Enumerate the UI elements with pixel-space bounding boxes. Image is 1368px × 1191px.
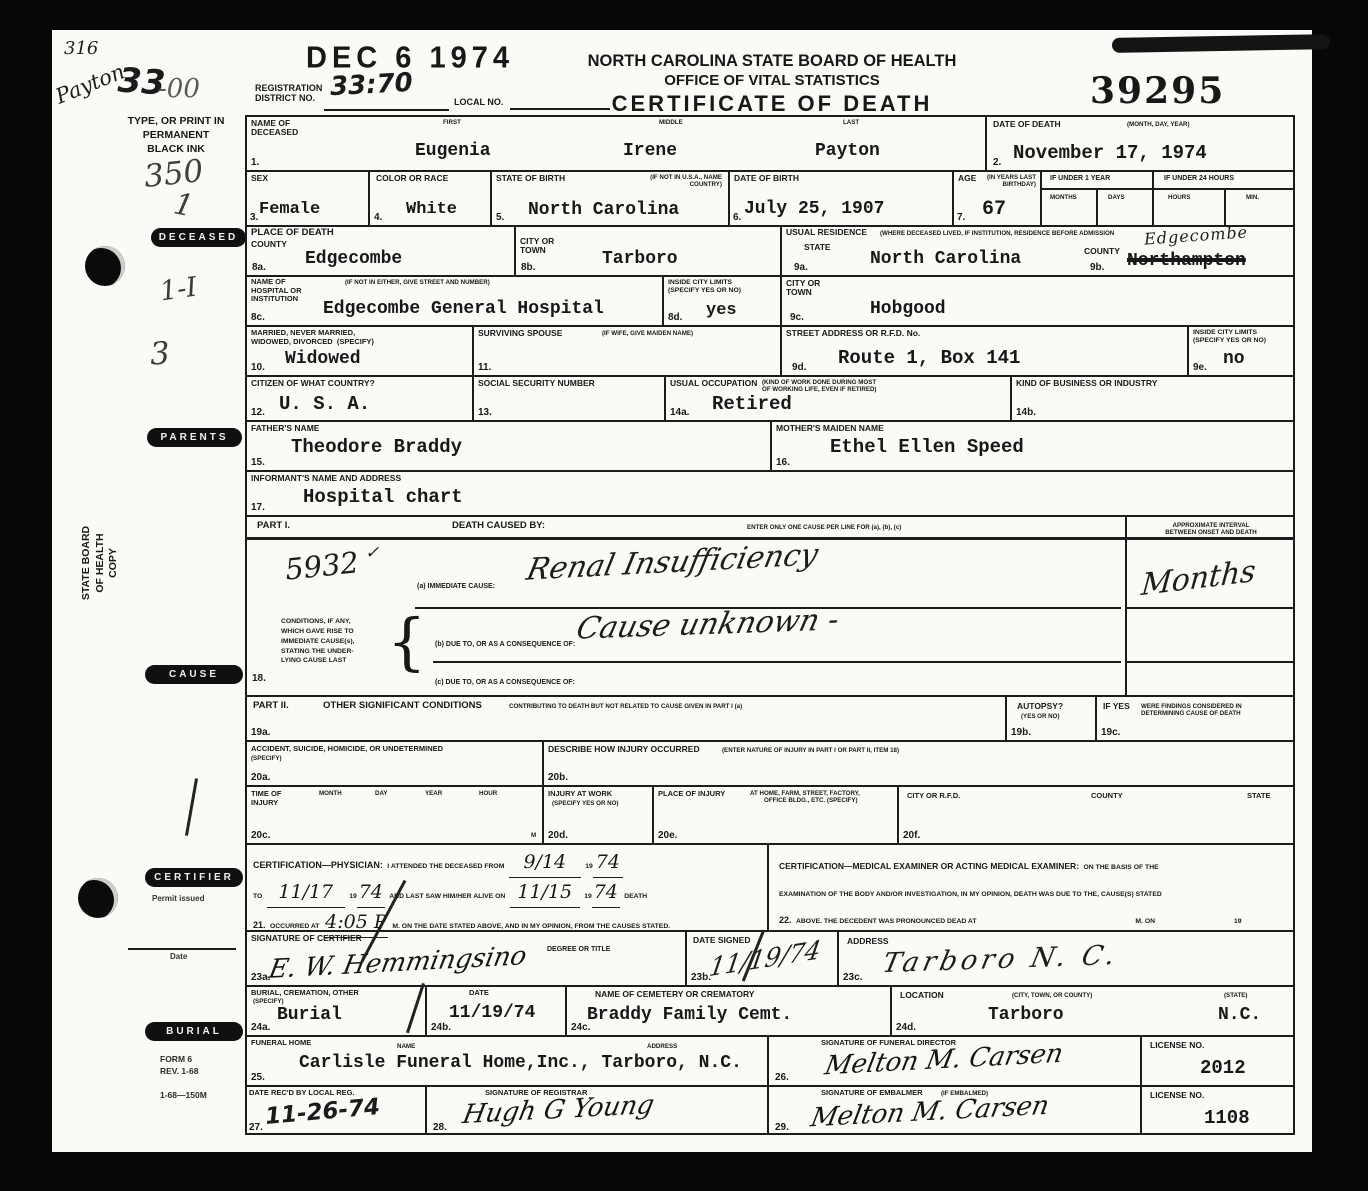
- date-signed-label: DATE SIGNED: [693, 936, 750, 945]
- injury-city-label: CITY OR R.F.D.: [907, 792, 960, 801]
- dob-value: July 25, 1907: [744, 199, 884, 219]
- dod-value: November 17, 1974: [1013, 142, 1207, 164]
- field-time-of-injury: TIME OFINJURY MONTH DAY YEAR HOUR 20c. M: [245, 785, 542, 843]
- age-label: AGE: [958, 174, 976, 183]
- industry-label: KIND OF BUSINESS OR INDUSTRY: [1016, 379, 1157, 388]
- registration-district-value: 33:70: [329, 68, 413, 102]
- field-age: AGE (IN YEARS LASTBIRTHDAY) 7. 67: [952, 170, 1040, 225]
- print-instruction: TYPE, OR PRINT IN PERMANENT BLACK INK: [120, 114, 232, 157]
- field-occupation: USUAL OCCUPATION (KIND OF WORK DONE DURI…: [664, 375, 1010, 420]
- injury-county-label: COUNTY: [1091, 792, 1123, 801]
- registration-label-line2: DISTRICT NO.: [255, 93, 315, 103]
- injury-desc-label: DESCRIBE HOW INJURY OCCURRED: [548, 745, 700, 754]
- time-day-label: DAY: [375, 790, 388, 797]
- punch-hole-bottom: [78, 878, 118, 918]
- punch-hole-top: [85, 246, 125, 286]
- hospital-value: Edgecombe General Hospital: [323, 299, 604, 319]
- injury-work-sublabel: (SPECIFY YES OR NO): [552, 800, 618, 807]
- field20e-number: 20e.: [658, 830, 677, 841]
- section-part2: PART II. OTHER SIGNIFICANT CONDITIONS CO…: [245, 695, 1005, 740]
- field6-number: 6.: [733, 212, 741, 223]
- print-instruction-line2: PERMANENT: [143, 129, 210, 141]
- sex-value: Female: [259, 200, 320, 219]
- under24-min-label: MIN.: [1246, 194, 1259, 201]
- registration-district-label: REGISTRATIONDISTRICT NO.: [255, 84, 322, 104]
- burial-label: BURIAL, CREMATION, OTHER: [251, 989, 359, 998]
- part1-note: ENTER ONLY ONE CAUSE PER LINE FOR (a), (…: [747, 524, 901, 531]
- sig-certifier-label: SIGNATURE OF CERTIFIER: [251, 934, 362, 943]
- res-state-label: STATE: [804, 243, 831, 252]
- first-sublabel: FIRST: [443, 119, 461, 126]
- field-date-of-birth: DATE OF BIRTH 6. July 25, 1907: [728, 170, 952, 225]
- header-title-block: NORTH CAROLINA STATE BOARD OF HEALTH OFF…: [522, 52, 1022, 117]
- name-label-2: DECEASED: [251, 127, 298, 137]
- field9b-number: 9b.: [1090, 262, 1104, 273]
- field-inside-city-limits-residence: INSIDE CITY LIMITS(SPECIFY YES OR NO) 9e…: [1187, 325, 1295, 375]
- occupation-label: USUAL OCCUPATION: [670, 379, 757, 388]
- field14a-number: 14a.: [670, 407, 689, 418]
- form-number: FORM 6: [160, 1054, 192, 1064]
- cert-last-alive: 11/15: [517, 881, 572, 903]
- under1-days-label: DAYS: [1108, 194, 1125, 201]
- res-city-value: Hobgood: [870, 299, 946, 319]
- spouse-label: SURVIVING SPOUSE: [478, 329, 562, 338]
- field11-number: 11.: [478, 362, 491, 373]
- tab-deceased: DECEASED: [151, 228, 246, 247]
- spouse-sublabel: (IF WIFE, GIVE MAIDEN NAME): [602, 330, 693, 337]
- field-place-of-death-city: CITY ORTOWN 8b. Tarboro: [514, 225, 780, 275]
- res-county-label: COUNTY: [1084, 247, 1120, 256]
- race-label: COLOR OR RACE: [376, 174, 448, 183]
- cert-t6: M. ON THE DATE STATED ABOVE, AND IN MY O…: [392, 923, 670, 930]
- street-value: Route 1, Box 141: [838, 347, 1020, 369]
- pod-county-value: Edgecombe: [305, 249, 402, 269]
- margin-note-payton: Payton: [52, 59, 128, 108]
- middle-sublabel: MIDDLE: [659, 119, 683, 126]
- copy-designation: STATE BOARD OF HEALTH COPY: [80, 498, 210, 628]
- cert-from-year: 74: [596, 851, 620, 873]
- field-burial-location: LOCATION (CITY, TOWN, OR COUNTY) (STATE)…: [890, 985, 1295, 1035]
- name-first-value: Eugenia: [415, 141, 491, 161]
- field-funeral-director-signature: SIGNATURE OF FUNERAL DIRECTOR 26. Melton…: [767, 1035, 1140, 1085]
- autopsy-label: AUTOPSY?: [1017, 702, 1063, 711]
- marital-label2: WIDOWED, DIVORCED: [251, 337, 333, 346]
- certificate-number: 39295: [1090, 70, 1225, 112]
- date-rule: [128, 948, 236, 950]
- conditions-l4: STATING THE UNDER-: [281, 648, 354, 655]
- interval-label2: BETWEEN ONSET AND DEATH: [1165, 529, 1256, 536]
- certifier-signature: E. W. Hemmingsino: [266, 941, 529, 985]
- cause-c-label: (c) DUE TO, OR AS A CONSEQUENCE OF:: [435, 679, 575, 687]
- occupation-value: Retired: [712, 393, 792, 415]
- field-registrar-signature: SIGNATURE OF REGISTRAR 28. Hugh G Young: [425, 1085, 767, 1135]
- field9a-number: 9a.: [794, 262, 808, 273]
- cemetery-value: Braddy Family Cemt.: [587, 1005, 792, 1025]
- certificate-page: DEC 6 1974 REGISTRATIONDISTRICT NO. 33:7…: [52, 30, 1312, 1152]
- field-inside-city-limits-death: INSIDE CITY LIMITS(SPECIFY YES OR NO) 8d…: [662, 275, 780, 325]
- field1-number: 1.: [251, 157, 259, 168]
- scan-smudge: [1112, 34, 1330, 53]
- time-hour-label: HOUR: [479, 790, 497, 797]
- field-embalmer-signature: SIGNATURE OF EMBALMER (IF EMBALMED) 29. …: [767, 1085, 1140, 1135]
- field-surviving-spouse: SURVIVING SPOUSE (IF WIFE, GIVE MAIDEN N…: [472, 325, 780, 375]
- conditions-l3: IMMEDIATE CAUSE(s),: [281, 638, 355, 645]
- cert-death-word: DEATH: [624, 893, 647, 900]
- under24-hours-label: HOURS: [1168, 194, 1190, 201]
- father-label: FATHER'S NAME: [251, 424, 319, 433]
- res-county-correction: Edgecombe: [1143, 222, 1248, 248]
- field3-number: 3.: [250, 212, 258, 223]
- tab-burial: BURIAL: [145, 1022, 243, 1041]
- accident-label: ACCIDENT, SUICIDE, HOMICIDE, OR UNDETERM…: [251, 745, 443, 754]
- part2-title: OTHER SIGNIFICANT CONDITIONS: [323, 701, 482, 711]
- field20b-number: 20b.: [548, 772, 568, 783]
- field-burial-date: DATE 24b. 11/19/74: [425, 985, 565, 1035]
- field-informant: INFORMANT'S NAME AND ADDRESS 17. Hospita…: [245, 470, 1295, 515]
- margin-note-1-i: 1-I: [158, 272, 199, 308]
- part2-label: PART II.: [253, 701, 289, 711]
- injury-place-note2: OFFICE BLDG., ETC. (SPECIFY): [750, 797, 858, 804]
- margin-note-350: 350: [142, 153, 205, 195]
- print-instruction-line1: TYPE, OR PRINT IN: [128, 115, 225, 127]
- injury-place-label: PLACE OF INJURY: [658, 790, 725, 799]
- field24a-number: 24a.: [251, 1022, 270, 1033]
- funeral-home-label: FUNERAL HOME: [251, 1039, 311, 1048]
- form-revision: REV. 1-68: [160, 1066, 198, 1076]
- margin-note-00: -00: [158, 74, 200, 104]
- dob-label: DATE OF BIRTH: [734, 174, 799, 183]
- pod-city-value: Tarboro: [602, 249, 678, 269]
- funeral-home-sub1: NAME: [397, 1043, 415, 1050]
- burial-date-label: DATE: [469, 989, 489, 998]
- res-state-value: North Carolina: [870, 249, 1021, 269]
- mother-label: MOTHER'S MAIDEN NAME: [776, 424, 884, 433]
- date-received-value: 11-26-74: [264, 1094, 381, 1130]
- cause-a-label: (a) IMMEDIATE CAUSE:: [417, 583, 495, 591]
- interval-header-rule: [1127, 537, 1295, 540]
- findings-if-yes: IF YES: [1103, 702, 1130, 711]
- mother-value: Ethel Ellen Speed: [830, 436, 1024, 458]
- cert-me-label: CERTIFICATION—MEDICAL EXAMINER OR ACTING…: [779, 861, 1079, 871]
- field15-number: 15.: [251, 457, 265, 468]
- interval-a-rule: [1127, 607, 1295, 609]
- icl2-label2: (SPECIFY YES OR NO): [1193, 337, 1266, 344]
- field-injury-at-work: INJURY AT WORK (SPECIFY YES OR NO) 20d.: [542, 785, 652, 843]
- field22-number: 22.: [779, 915, 792, 925]
- license1-value: 2012: [1200, 1057, 1246, 1079]
- field-date-received: DATE REC'D BY LOCAL REG. 27. 11-26-74: [245, 1085, 425, 1135]
- injury-desc-note: (ENTER NATURE OF INJURY IN PART I OR PAR…: [722, 747, 899, 754]
- burial-state-value: N.C.: [1218, 1005, 1261, 1025]
- dod-sublabel: (MONTH, DAY, YEAR): [1127, 121, 1190, 128]
- field21-number: 21.: [253, 920, 266, 930]
- cert-me-t3: ABOVE. THE DECEDENT WAS PRONOUNCED DEAD …: [796, 918, 977, 925]
- field7-number: 7.: [957, 212, 965, 223]
- conditions-l1: CONDITIONS, IF ANY,: [281, 618, 351, 625]
- informant-value: Hospital chart: [303, 486, 463, 508]
- interval-a-value: Months: [1140, 554, 1257, 604]
- field8b-number: 8b.: [521, 262, 535, 273]
- license2-value: 1108: [1204, 1107, 1250, 1129]
- field-accident-suicide: ACCIDENT, SUICIDE, HOMICIDE, OR UNDETERM…: [245, 740, 542, 785]
- field-burial-cremation: BURIAL, CREMATION, OTHER (SPECIFY) 24a. …: [245, 985, 425, 1035]
- field12-number: 12.: [251, 407, 265, 418]
- field9d-number: 9d.: [792, 362, 806, 373]
- field-embalmer-license: LICENSE NO. 1108: [1140, 1085, 1295, 1135]
- form-number-block: FORM 6 REV. 1-68 1-68—150M: [160, 1054, 207, 1102]
- field17-number: 17.: [251, 502, 265, 513]
- section-certification-physician: CERTIFICATION—PHYSICIAN: I ATTENDED THE …: [245, 843, 767, 930]
- birth-state-value: North Carolina: [528, 200, 679, 220]
- findings-l3: DETERMINING CAUSE OF DEATH: [1141, 710, 1241, 717]
- part1-death-caused-by: DEATH CAUSED BY:: [452, 521, 545, 531]
- field-hospital: NAME OFHOSPITAL ORINSTITUTION (IF NOT IN…: [245, 275, 662, 325]
- under24-col-divider: [1224, 188, 1226, 225]
- cert-attended-to: 11/17: [278, 881, 333, 903]
- pen-stroke-margin: [185, 778, 198, 836]
- under24-divider: [1152, 188, 1293, 190]
- field-director-license: LICENSE NO. 2012: [1140, 1035, 1295, 1085]
- age-sub2: BIRTHDAY): [1003, 181, 1036, 188]
- cert-me-t2: EXAMINATION OF THE BODY AND/OR INVESTIGA…: [779, 891, 1162, 898]
- cemetery-label: NAME OF CEMETERY OR CREMATORY: [595, 990, 754, 999]
- injury-state-label: STATE: [1247, 792, 1270, 801]
- scanned-death-certificate: { "colors": {"paper":"#fafaf7","ink":"#1…: [0, 0, 1368, 1191]
- field-autopsy: AUTOPSY? (YES OR NO) 19b.: [1005, 695, 1095, 740]
- field-citizen: CITIZEN OF WHAT COUNTRY? 12. U. S. A.: [245, 375, 472, 420]
- icl1-label2: (SPECIFY YES OR NO): [668, 287, 741, 294]
- pod-city-label2: TOWN: [520, 245, 546, 255]
- interval-b-rule: [1127, 661, 1295, 663]
- copy-line2: OF HEALTH: [94, 533, 106, 592]
- hospital-label3: INSTITUTION: [251, 294, 298, 303]
- age-sub1: (IN YEARS LAST: [987, 174, 1036, 181]
- time-m-label: M: [531, 832, 536, 839]
- birth-state-label: STATE OF BIRTH: [496, 174, 565, 183]
- tab-parents: PARENTS: [147, 428, 242, 447]
- field20a-number: 20a.: [251, 772, 270, 783]
- cert-me-t1: ON THE BASIS OF THE: [1083, 864, 1158, 871]
- burial-date-value: 11/19/74: [449, 1003, 535, 1023]
- under1-col-divider: [1096, 188, 1098, 225]
- field24d-number: 24d.: [896, 1022, 916, 1033]
- margin-note-1: 1: [171, 186, 197, 224]
- section-certification-medical-examiner: CERTIFICATION—MEDICAL EXAMINER OR ACTING…: [767, 843, 1295, 930]
- field19c-number: 19c.: [1101, 727, 1120, 738]
- pod-county-label: COUNTY: [251, 240, 287, 249]
- certifier-address-value: Tarboro N. C.: [880, 940, 1122, 979]
- field-funeral-home: FUNERAL HOME NAME ADDRESS 25. Carlisle F…: [245, 1035, 767, 1085]
- age-value: 67: [982, 198, 1006, 221]
- icl2-value: no: [1223, 349, 1245, 369]
- copy-line1: STATE BOARD: [80, 526, 92, 600]
- cert-to-label: TO: [253, 893, 262, 900]
- cert-me-t5: 19: [1234, 918, 1242, 925]
- residence-label: USUAL RESIDENCE: [786, 228, 867, 237]
- form-print-run: 1-68—150M: [160, 1090, 207, 1100]
- field-autopsy-findings: IF YES WERE FINDINGS CONSIDERED INDETERM…: [1095, 695, 1295, 740]
- dod-label: DATE OF DEATH: [993, 120, 1061, 129]
- cause-code-checkmark: ✓: [365, 543, 379, 563]
- field8d-number: 8d.: [668, 312, 682, 323]
- field-cemetery: NAME OF CEMETERY OR CREMATORY 24c. Bradd…: [565, 985, 890, 1035]
- margin-note-316: 316: [64, 38, 98, 59]
- cause-code-handwritten: 5932: [283, 545, 360, 587]
- conditions-l2: WHICH GAVE RISE TO: [281, 628, 354, 635]
- name-middle-value: Irene: [623, 141, 677, 161]
- hospital-sublabel: (IF NOT IN EITHER, GIVE STREET AND NUMBE…: [345, 279, 490, 286]
- tab-certifier: CERTIFIER: [145, 868, 243, 887]
- field-street-address: STREET ADDRESS OR R.F.D. No. 9d. Route 1…: [780, 325, 1187, 375]
- field-place-of-injury: PLACE OF INJURY AT HOME, FARM, STREET, F…: [652, 785, 897, 843]
- res-county-struck-value: Northampton: [1127, 251, 1246, 271]
- field20d-number: 20d.: [548, 830, 568, 841]
- cert-y1: 19: [585, 863, 593, 870]
- icl1-label1: INSIDE CITY LIMITS: [668, 279, 732, 286]
- part2-note: CONTRIBUTING TO DEATH BUT NOT RELATED TO…: [509, 703, 742, 710]
- cert-alive-year: 74: [594, 881, 618, 903]
- injury-work-label: INJURY AT WORK: [548, 790, 612, 799]
- interval-label1: APPROXIMATE INTERVAL: [1172, 522, 1249, 529]
- registration-label-line1: REGISTRATION: [255, 83, 322, 93]
- burial-location-sub2: (STATE): [1224, 992, 1247, 999]
- cert-y2: 19: [349, 893, 357, 900]
- place-of-death-header: PLACE OF DEATH: [251, 228, 334, 238]
- field24b-number: 24b.: [431, 1022, 451, 1033]
- certificate-title: CERTIFICATE OF DEATH: [522, 91, 1022, 117]
- under1-label: IF UNDER 1 YEAR: [1050, 175, 1110, 183]
- last-sublabel: LAST: [843, 119, 859, 126]
- copy-line3: COPY: [107, 548, 119, 578]
- field14b-number: 14b.: [1016, 407, 1036, 418]
- icl1-value: yes: [706, 301, 737, 320]
- field-sex: SEX 3. Female: [245, 170, 368, 225]
- accident-sublabel: (SPECIFY): [251, 755, 282, 762]
- citizen-label: CITIZEN OF WHAT COUNTRY?: [251, 379, 375, 388]
- field-how-injury-occurred: DESCRIBE HOW INJURY OCCURRED (ENTER NATU…: [542, 740, 1295, 785]
- field-place-of-death-county: PLACE OF DEATH COUNTY 8a. Edgecombe: [245, 225, 514, 275]
- field-name-of-deceased: NAME OFDECEASED FIRST MIDDLE LAST 1. Eug…: [245, 115, 985, 170]
- margin-note-3: 3: [149, 335, 171, 372]
- date-rule-label: Date: [170, 952, 187, 961]
- field-mother-name: MOTHER'S MAIDEN NAME 16. Ethel Ellen Spe…: [770, 420, 1295, 470]
- under1-months-label: MONTHS: [1050, 194, 1077, 201]
- ssn-label: SOCIAL SECURITY NUMBER: [478, 379, 595, 388]
- section-part1-cause: PART I. DEATH CAUSED BY: ENTER ONLY ONE …: [245, 515, 1125, 695]
- cert-phys-t1: I ATTENDED THE DECEASED FROM: [387, 863, 504, 870]
- field8a-number: 8a.: [252, 262, 266, 273]
- field10-number: 10.: [251, 362, 265, 373]
- cause-a-value: Renal Insufficiency: [523, 537, 821, 588]
- name-last-value: Payton: [815, 141, 880, 161]
- org-line1: NORTH CAROLINA STATE BOARD OF HEALTH: [522, 52, 1022, 71]
- icl2-label1: INSIDE CITY LIMITS: [1193, 329, 1257, 336]
- cause-b-label: (b) DUE TO, OR AS A CONSEQUENCE OF:: [435, 641, 575, 649]
- cert-phys-label: CERTIFICATION—PHYSICIAN:: [253, 860, 383, 870]
- field-residence-city: CITY ORTOWN 9c. Hobgood: [780, 275, 1295, 325]
- field27-number: 27.: [249, 1122, 263, 1133]
- embalmer-label: SIGNATURE OF EMBALMER: [821, 1089, 923, 1098]
- cert-t3: AND LAST SAW HIM/HER ALIVE ON: [389, 893, 505, 900]
- field19a-number: 19a.: [251, 727, 270, 738]
- registration-underline: [324, 109, 449, 111]
- license2-label: LICENSE NO.: [1150, 1091, 1204, 1100]
- field-interval-onset-death: APPROXIMATE INTERVALBETWEEN ONSET AND DE…: [1125, 515, 1295, 695]
- cause-b-rule: [433, 661, 1121, 663]
- under24-label: IF UNDER 24 HOURS: [1164, 175, 1234, 183]
- field-date-of-death: DATE OF DEATH (MONTH, DAY, YEAR) 2. Nove…: [985, 115, 1295, 170]
- address-label: ADDRESS: [847, 937, 889, 946]
- cert-me-t4: M. ON: [1135, 918, 1155, 925]
- field28-number: 28.: [433, 1122, 447, 1133]
- cert-attended-from: 9/14: [523, 851, 566, 873]
- time-month-label: MONTH: [319, 790, 342, 797]
- field26-number: 26.: [775, 1072, 789, 1083]
- field13-number: 13.: [478, 407, 492, 418]
- street-label: STREET ADDRESS OR R.F.D. No.: [786, 329, 920, 338]
- father-value: Theodore Braddy: [291, 436, 462, 458]
- field-certifier-address: ADDRESS 23c. Tarboro N. C.: [837, 930, 1295, 985]
- time-year-label: YEAR: [425, 790, 442, 797]
- funeral-home-value: Carlisle Funeral Home,Inc., Tarboro, N.C…: [299, 1053, 742, 1073]
- field4-number: 4.: [374, 212, 382, 223]
- funeral-home-sub2: ADDRESS: [647, 1043, 677, 1050]
- date-received-label: DATE REC'D BY LOCAL REG.: [249, 1089, 355, 1098]
- field5-number: 5.: [496, 212, 504, 223]
- permit-issued-label: Permit issued: [152, 894, 204, 903]
- field23c-number: 23c.: [843, 972, 862, 983]
- org-line2: OFFICE OF VITAL STATISTICS: [522, 72, 1022, 89]
- field16-number: 16.: [776, 457, 790, 468]
- cert-y3: 19: [584, 893, 592, 900]
- field-signature-of-certifier: SIGNATURE OF CERTIFIER DEGREE OR TITLE 2…: [245, 930, 685, 985]
- field20c-number: 20c.: [251, 830, 270, 841]
- license1-label: LICENSE NO.: [1150, 1041, 1204, 1050]
- field8c-number: 8c.: [251, 312, 265, 323]
- birth-state-sub1: (IF NOT IN U.S.A., NAME: [650, 174, 722, 181]
- field-ssn: SOCIAL SECURITY NUMBER 13.: [472, 375, 664, 420]
- field19b-number: 19b.: [1011, 727, 1031, 738]
- citizen-value: U. S. A.: [279, 393, 370, 415]
- burial-city-value: Tarboro: [988, 1005, 1064, 1025]
- part1-header-rule: [247, 537, 1125, 540]
- burial-value: Burial: [277, 1005, 342, 1025]
- field2-number: 2.: [993, 157, 1001, 168]
- field18-number: 18.: [252, 673, 266, 684]
- tab-cause: CAUSE: [145, 665, 243, 684]
- conditions-l5: LYING CAUSE LAST: [281, 657, 346, 664]
- marital-sublabel: (SPECIFY): [337, 337, 374, 346]
- local-no-label: LOCAL NO.: [454, 98, 503, 108]
- field-injury-location: CITY OR R.F.D. COUNTY STATE 20f.: [897, 785, 1295, 843]
- sex-label: SEX: [251, 174, 268, 183]
- injury-place-note1: AT HOME, FARM, STREET, FACTORY,: [750, 790, 860, 797]
- field-state-of-birth: STATE OF BIRTH (IF NOT IN U.S.A., NAMECO…: [490, 170, 728, 225]
- conditions-brace: {: [387, 605, 426, 678]
- burial-location-sub1: (CITY, TOWN, OR COUNTY): [1012, 992, 1092, 999]
- burial-location-label: LOCATION: [900, 991, 944, 1000]
- cert-occurred-at: OCCURRED AT: [270, 923, 319, 930]
- field-usual-residence: USUAL RESIDENCE (WHERE DECEASED LIVED, I…: [780, 225, 1295, 275]
- field-color-or-race: COLOR OR RACE 4. White: [368, 170, 490, 225]
- res-city-label2: TOWN: [786, 287, 812, 297]
- field9c-number: 9c.: [790, 312, 804, 323]
- informant-label: INFORMANT'S NAME AND ADDRESS: [251, 474, 401, 483]
- time-injury-l2: INJURY: [251, 798, 278, 807]
- field-marital-status: MARRIED, NEVER MARRIED,WIDOWED, DIVORCED…: [245, 325, 472, 375]
- field29-number: 29.: [775, 1122, 789, 1133]
- cert-to-year: 74: [359, 881, 383, 903]
